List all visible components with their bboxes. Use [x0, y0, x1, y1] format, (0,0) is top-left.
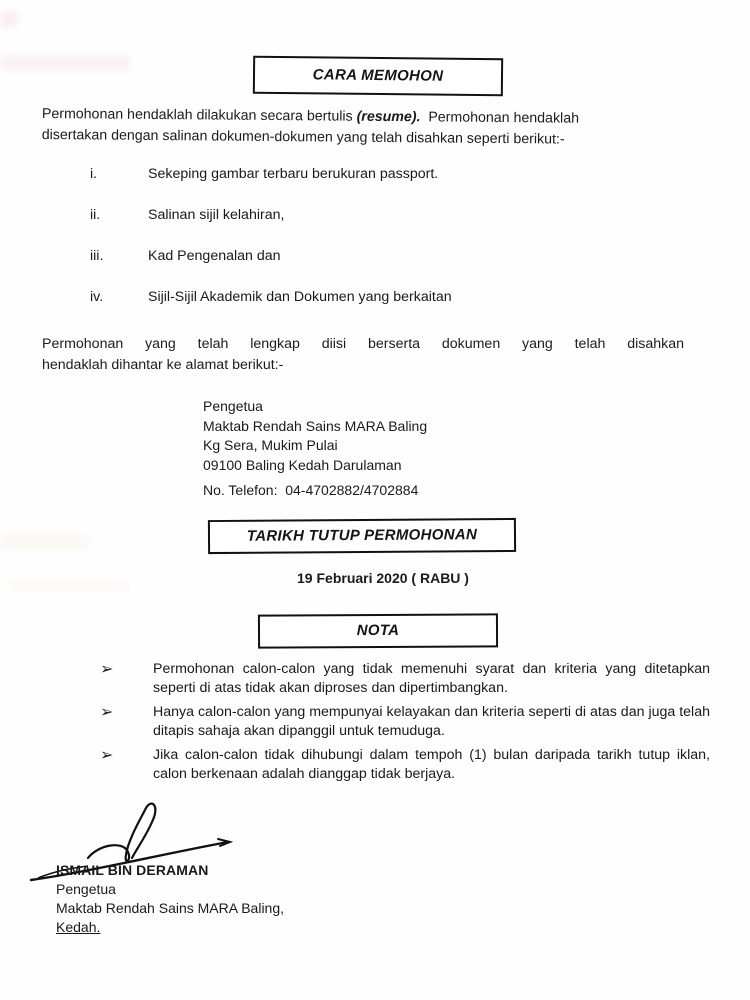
- notes-list: ➢ Permohonan calon-calon yang tidak meme…: [100, 660, 710, 789]
- signatory-location: Kedah.: [56, 918, 284, 937]
- heading-closing-date: TARIKH TUTUP PERMOHONAN: [208, 518, 516, 554]
- note-item: ➢ Permohonan calon-calon yang tidak meme…: [100, 660, 710, 698]
- note-text: Hanya calon-calon yang mempunyai kelayak…: [153, 703, 710, 741]
- heading-note: NOTA: [258, 613, 498, 648]
- list-text: Sekeping gambar terbaru berukuran passpo…: [148, 166, 438, 207]
- note-text: Permohonan calon-calon yang tidak memenu…: [153, 660, 710, 698]
- submission-line-1: Permohonan yang telah lengkap diisi bers…: [42, 334, 684, 355]
- intro-line-2: disertakan dengan salinan dokumen-dokume…: [42, 125, 712, 152]
- list-number: iv.: [90, 289, 148, 330]
- address-line: Maktab Rendah Sains MARA Baling: [203, 417, 427, 437]
- required-documents-list: i. Sekeping gambar terbaru berukuran pas…: [90, 166, 452, 330]
- address-line: Pengetua: [203, 397, 427, 417]
- list-item: i. Sekeping gambar terbaru berukuran pas…: [90, 166, 452, 207]
- note-item: ➢ Hanya calon-calon yang mempunyai kelay…: [100, 703, 710, 741]
- signatory-title: Pengetua: [56, 880, 284, 899]
- list-item: iii. Kad Pengenalan dan: [90, 248, 452, 289]
- signatory-block: ISMAIL BIN DERAMAN Pengetua Maktab Renda…: [56, 861, 284, 937]
- bleed-through-mark: [0, 535, 90, 549]
- bleed-through-mark: [0, 10, 18, 28]
- address-line: 09100 Baling Kedah Darulaman: [203, 456, 427, 476]
- arrow-bullet-icon: ➢: [100, 703, 153, 741]
- intro-paragraph: Permohonan hendaklah dilakukan secara be…: [42, 104, 712, 152]
- submission-paragraph: Permohonan yang telah lengkap diisi bers…: [42, 334, 684, 376]
- list-item: ii. Salinan sijil kelahiran,: [90, 207, 452, 248]
- mailing-address: Pengetua Maktab Rendah Sains MARA Baling…: [203, 397, 427, 501]
- intro-text: Permohonan hendaklah dilakukan secara be…: [42, 106, 357, 125]
- closing-date-value: 19 Februari 2020 ( RABU ): [0, 570, 750, 586]
- list-number: ii.: [90, 207, 148, 248]
- bleed-through-mark: [0, 55, 130, 71]
- intro-emphasis: (resume).: [357, 109, 421, 126]
- submission-line-2: hendaklah dihantar ke alamat berikut:-: [42, 357, 283, 373]
- signatory-org: Maktab Rendah Sains MARA Baling,: [56, 899, 284, 918]
- note-text: Jika calon-calon tidak dihubungi dalam t…: [153, 746, 710, 784]
- list-item: iv. Sijil-Sijil Akademik dan Dokumen yan…: [90, 289, 452, 330]
- address-line: Kg Sera, Mukim Pulai: [203, 436, 427, 456]
- note-item: ➢ Jika calon-calon tidak dihubungi dalam…: [100, 746, 710, 784]
- arrow-bullet-icon: ➢: [100, 660, 153, 698]
- list-text: Salinan sijil kelahiran,: [148, 207, 284, 248]
- heading-how-to-apply: CARA MEMOHON: [253, 56, 503, 97]
- list-number: iii.: [90, 248, 148, 289]
- intro-text-after: Permohonan hendaklah: [420, 109, 579, 126]
- list-number: i.: [90, 166, 148, 207]
- signatory-name: ISMAIL BIN DERAMAN: [56, 861, 284, 880]
- list-text: Kad Pengenalan dan: [148, 248, 281, 289]
- phone-number: No. Telefon: 04-4702882/4702884: [203, 481, 427, 501]
- scanned-page: CARA MEMOHON Permohonan hendaklah dilaku…: [0, 0, 750, 1000]
- list-text: Sijil-Sijil Akademik dan Dokumen yang be…: [148, 289, 452, 330]
- arrow-bullet-icon: ➢: [100, 746, 153, 784]
